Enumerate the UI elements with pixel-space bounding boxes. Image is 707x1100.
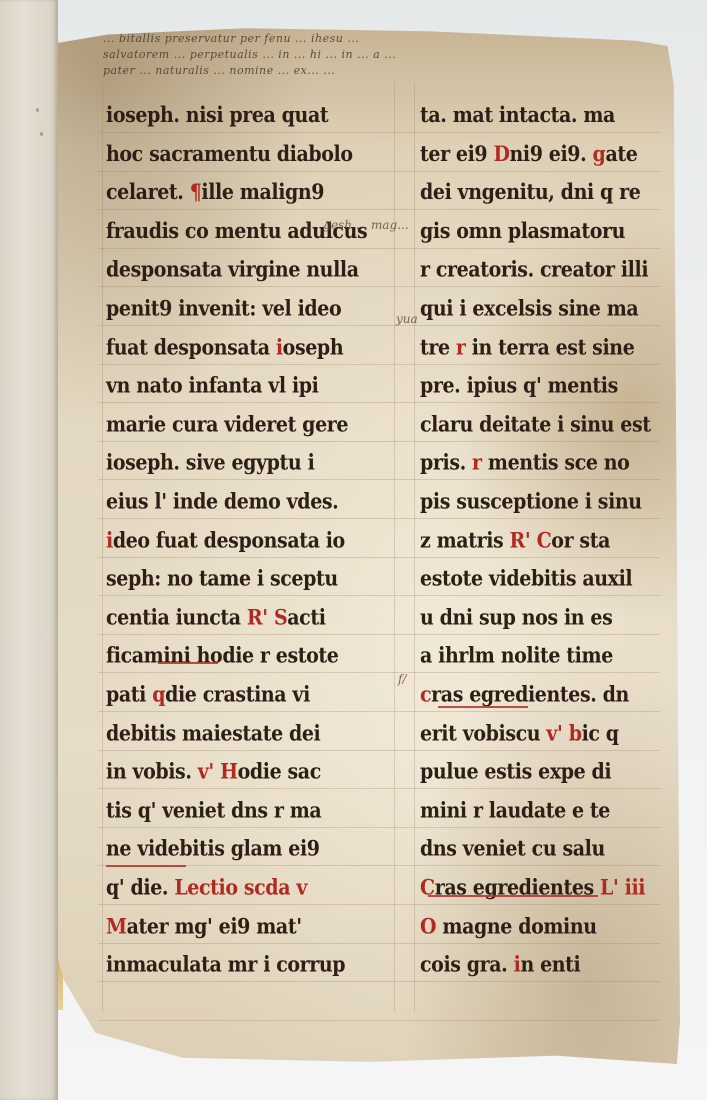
- ruling-line: [98, 750, 660, 751]
- rubric-text: r: [456, 334, 466, 359]
- manuscript-line: pis susceptione i sinu: [420, 489, 642, 514]
- manuscript-line: vn nato infanta vl ipi: [106, 373, 318, 398]
- rubric-text: R' C: [510, 527, 552, 552]
- line-text: pis susceptione i sinu: [420, 489, 642, 514]
- marginal-note: yua: [396, 312, 418, 326]
- ruling-line: [98, 1020, 660, 1021]
- ruling-line: [98, 132, 660, 133]
- ruling-line: [98, 943, 660, 944]
- rubric-underline: [158, 662, 218, 664]
- manuscript-line: ioseph. nisi prea quat: [106, 103, 328, 128]
- line-text: deo fuat desponsata io: [113, 527, 345, 552]
- line-text: ni9 ei9.: [510, 141, 593, 166]
- line-text: claru deitate i sinu est: [420, 411, 651, 436]
- rubric-text: L' iii: [600, 875, 645, 900]
- line-text: centia iuncta: [106, 604, 247, 629]
- manuscript-line: pris. r mentis sce no: [420, 450, 629, 475]
- rubric-text: M: [106, 913, 127, 938]
- line-text: dns veniet cu salu: [420, 836, 605, 861]
- line-text: pati: [106, 682, 152, 707]
- line-text: in terra est sine: [466, 334, 635, 359]
- manuscript-line: centia iuncta R' Sacti: [106, 604, 326, 629]
- manuscript-line: r creatoris. creator illi: [420, 257, 648, 282]
- manuscript-line: ne videbitis glam ei9: [106, 836, 320, 861]
- line-text: dei vngenitu, dni q re: [420, 180, 640, 205]
- manuscript-line: mini r laudate e te: [420, 797, 610, 822]
- rubric-text: v' H: [198, 759, 238, 784]
- line-text: debitis maiestate dei: [106, 720, 320, 745]
- ruling-line: [98, 672, 660, 673]
- manuscript-line: debitis maiestate dei: [106, 720, 320, 745]
- line-text: seph: no tame i sceptu: [106, 566, 338, 591]
- ruling-line: [98, 402, 660, 403]
- manuscript-line: pre. ipius q' mentis: [420, 373, 618, 398]
- line-text: ate: [605, 141, 637, 166]
- line-text: cois gra.: [420, 952, 514, 977]
- line-text: a ihrlm nolite time: [420, 643, 613, 668]
- manuscript-line: cras egredientes. dn: [420, 682, 629, 707]
- line-text: ioseph. nisi prea quat: [106, 103, 328, 128]
- flyleaf-speck: [36, 108, 39, 112]
- ruling-line: [98, 325, 660, 326]
- rubric-underline: [428, 895, 598, 897]
- rubric-underline: [106, 865, 186, 867]
- rubric-text: v' b: [546, 720, 581, 745]
- paper-flyleaf: [0, 0, 58, 1100]
- rubric-text: R' S: [247, 604, 287, 629]
- manuscript-line: dns veniet cu salu: [420, 836, 605, 861]
- rubric-text: O: [420, 913, 436, 938]
- manuscript-line: hoc sacramentu diabolo: [106, 141, 353, 166]
- line-text: in vobis.: [106, 759, 198, 784]
- ruling-line: [98, 209, 660, 210]
- line-text: ic q: [582, 720, 619, 745]
- line-text: fuat desponsata: [106, 334, 276, 359]
- manuscript-line: pati qdie crastina vi: [106, 682, 310, 707]
- rubric-text: c: [420, 682, 431, 707]
- line-text: mentis sce no: [482, 450, 630, 475]
- manuscript-line: fuat desponsata ioseph: [106, 334, 343, 359]
- ruling-line: [98, 595, 660, 596]
- ruling-line: [98, 479, 660, 480]
- line-text: desponsata virgine nulla: [106, 257, 359, 282]
- line-text: odie sac: [238, 759, 321, 784]
- line-text: ne videbitis glam ei9: [106, 836, 320, 861]
- ruling-line: [98, 557, 660, 558]
- rubric-text: g: [593, 141, 606, 166]
- marginal-note: f/: [398, 672, 406, 686]
- ruling-line: [98, 286, 660, 287]
- manuscript-line: marie cura videret gere: [106, 411, 348, 436]
- manuscript-line: q' die. Lectio scda v: [106, 875, 307, 900]
- line-text: ater mg' ei9 mat': [127, 913, 302, 938]
- manuscript-leaf: ... bitallis preservatur per fenu ... ih…: [58, 22, 680, 1064]
- line-text: n enti: [520, 952, 580, 977]
- manuscript-line: tis q' veniet dns r ma: [106, 797, 321, 822]
- line-text: die crastina vi: [165, 682, 310, 707]
- manuscript-line: pulue estis expe di: [420, 759, 611, 784]
- manuscript-line: gis omn plasmatoru: [420, 218, 625, 243]
- top-annotation-line: pater ... naturalis ... nomine ... ex...…: [103, 64, 623, 77]
- line-text: magne dominu: [436, 913, 597, 938]
- manuscript-line: ficamini hodie r estote: [106, 643, 338, 668]
- manuscript-line: cois gra. in enti: [420, 952, 580, 977]
- line-text: estote videbitis auxil: [420, 566, 632, 591]
- manuscript-line: inmaculata mr i corrup: [106, 952, 345, 977]
- line-text: acti: [287, 604, 325, 629]
- line-text: pre. ipius q' mentis: [420, 373, 618, 398]
- line-text: pulue estis expe di: [420, 759, 611, 784]
- line-text: tis q' veniet dns r ma: [106, 797, 321, 822]
- manuscript-line: ter ei9 Dni9 ei9. gate: [420, 141, 637, 166]
- manuscript-line: O magne dominu: [420, 913, 597, 938]
- rubric-text: q: [152, 682, 165, 707]
- manuscript-line: ioseph. sive egyptu i: [106, 450, 314, 475]
- manuscript-line: eius l' inde demo vdes.: [106, 489, 338, 514]
- manuscript-line: ta. mat intacta. ma: [420, 103, 615, 128]
- manuscript-line: estote videbitis auxil: [420, 566, 632, 591]
- manuscript-line: z matris R' Cor sta: [420, 527, 610, 552]
- line-text: inmaculata mr i corrup: [106, 952, 345, 977]
- line-text: r creatoris. creator illi: [420, 257, 648, 282]
- ruling-line: [98, 441, 660, 442]
- ruling-line: [98, 904, 660, 905]
- manuscript-line: u dni sup nos in es: [420, 604, 612, 629]
- line-text: pris.: [420, 450, 472, 475]
- line-text: erit vobiscu: [420, 720, 546, 745]
- manuscript-line: ideo fuat desponsata io: [106, 527, 345, 552]
- manuscript-line: seph: no tame i sceptu: [106, 566, 338, 591]
- ruling-line: [98, 248, 660, 249]
- rubric-text: i: [276, 334, 283, 359]
- manuscript-line: Mater mg' ei9 mat': [106, 913, 302, 938]
- line-text: ioseph. sive egyptu i: [106, 450, 314, 475]
- ruling-line: [98, 827, 660, 828]
- line-text: ter ei9: [420, 141, 493, 166]
- manuscript-line: claru deitate i sinu est: [420, 411, 651, 436]
- manuscript-line: tre r in terra est sine: [420, 334, 634, 359]
- rubric-text: r: [472, 450, 482, 475]
- manuscript-line: qui i excelsis sine ma: [420, 296, 638, 321]
- ruling-line: [98, 171, 660, 172]
- column-rule-center-right: [414, 82, 415, 1012]
- ruling-line: [98, 518, 660, 519]
- line-text: penit9 invenit: vel ideo: [106, 296, 341, 321]
- line-text: celaret.: [106, 180, 190, 205]
- manuscript-line: desponsata virgine nulla: [106, 257, 359, 282]
- rubric-text: D: [493, 141, 509, 166]
- line-text: gis omn plasmatoru: [420, 218, 625, 243]
- line-text: hoc sacramentu diabolo: [106, 141, 353, 166]
- manuscript-line: penit9 invenit: vel ideo: [106, 296, 341, 321]
- ruling-line: [98, 788, 660, 789]
- line-text: tre: [420, 334, 456, 359]
- line-text: ta. mat intacta. ma: [420, 103, 615, 128]
- line-text: or sta: [551, 527, 610, 552]
- line-text: qui i excelsis sine ma: [420, 296, 638, 321]
- ruling-line: [98, 711, 660, 712]
- line-text: eius l' inde demo vdes.: [106, 489, 338, 514]
- flyleaf-speck: [40, 132, 43, 136]
- ruling-line: [98, 364, 660, 365]
- line-text: ille malign9: [201, 180, 324, 205]
- rubric-text: ¶: [190, 180, 202, 205]
- line-text: vn nato infanta vl ipi: [106, 373, 318, 398]
- line-text: ficamini hodie r estote: [106, 643, 338, 668]
- line-text: q' die.: [106, 875, 174, 900]
- line-text: marie cura videret gere: [106, 411, 348, 436]
- manuscript-line: dei vngenitu, dni q re: [420, 180, 640, 205]
- rubric-text: Lectio scda v: [174, 875, 307, 900]
- line-text: oseph: [283, 334, 344, 359]
- line-text: z matris: [420, 527, 510, 552]
- ruling-line: [98, 634, 660, 635]
- line-text: mini r laudate e te: [420, 797, 610, 822]
- manuscript-line: a ihrlm nolite time: [420, 643, 613, 668]
- interlinear-gloss: ... gesh ... mag...: [308, 218, 409, 232]
- manuscript-line: erit vobiscu v' bic q: [420, 720, 619, 745]
- rubric-text: i: [106, 527, 113, 552]
- column-rule-left: [102, 82, 103, 1012]
- top-annotation-line: salvatorem ... perpetualis ... in ... hi…: [103, 48, 623, 61]
- rubric-underline: [438, 706, 528, 708]
- line-text: u dni sup nos in es: [420, 604, 612, 629]
- manuscript-line: celaret. ¶ille malign9: [106, 180, 324, 205]
- manuscript-line: in vobis. v' Hodie sac: [106, 759, 321, 784]
- line-text: ras egredientes. dn: [431, 682, 629, 707]
- ruling-line: [98, 981, 660, 982]
